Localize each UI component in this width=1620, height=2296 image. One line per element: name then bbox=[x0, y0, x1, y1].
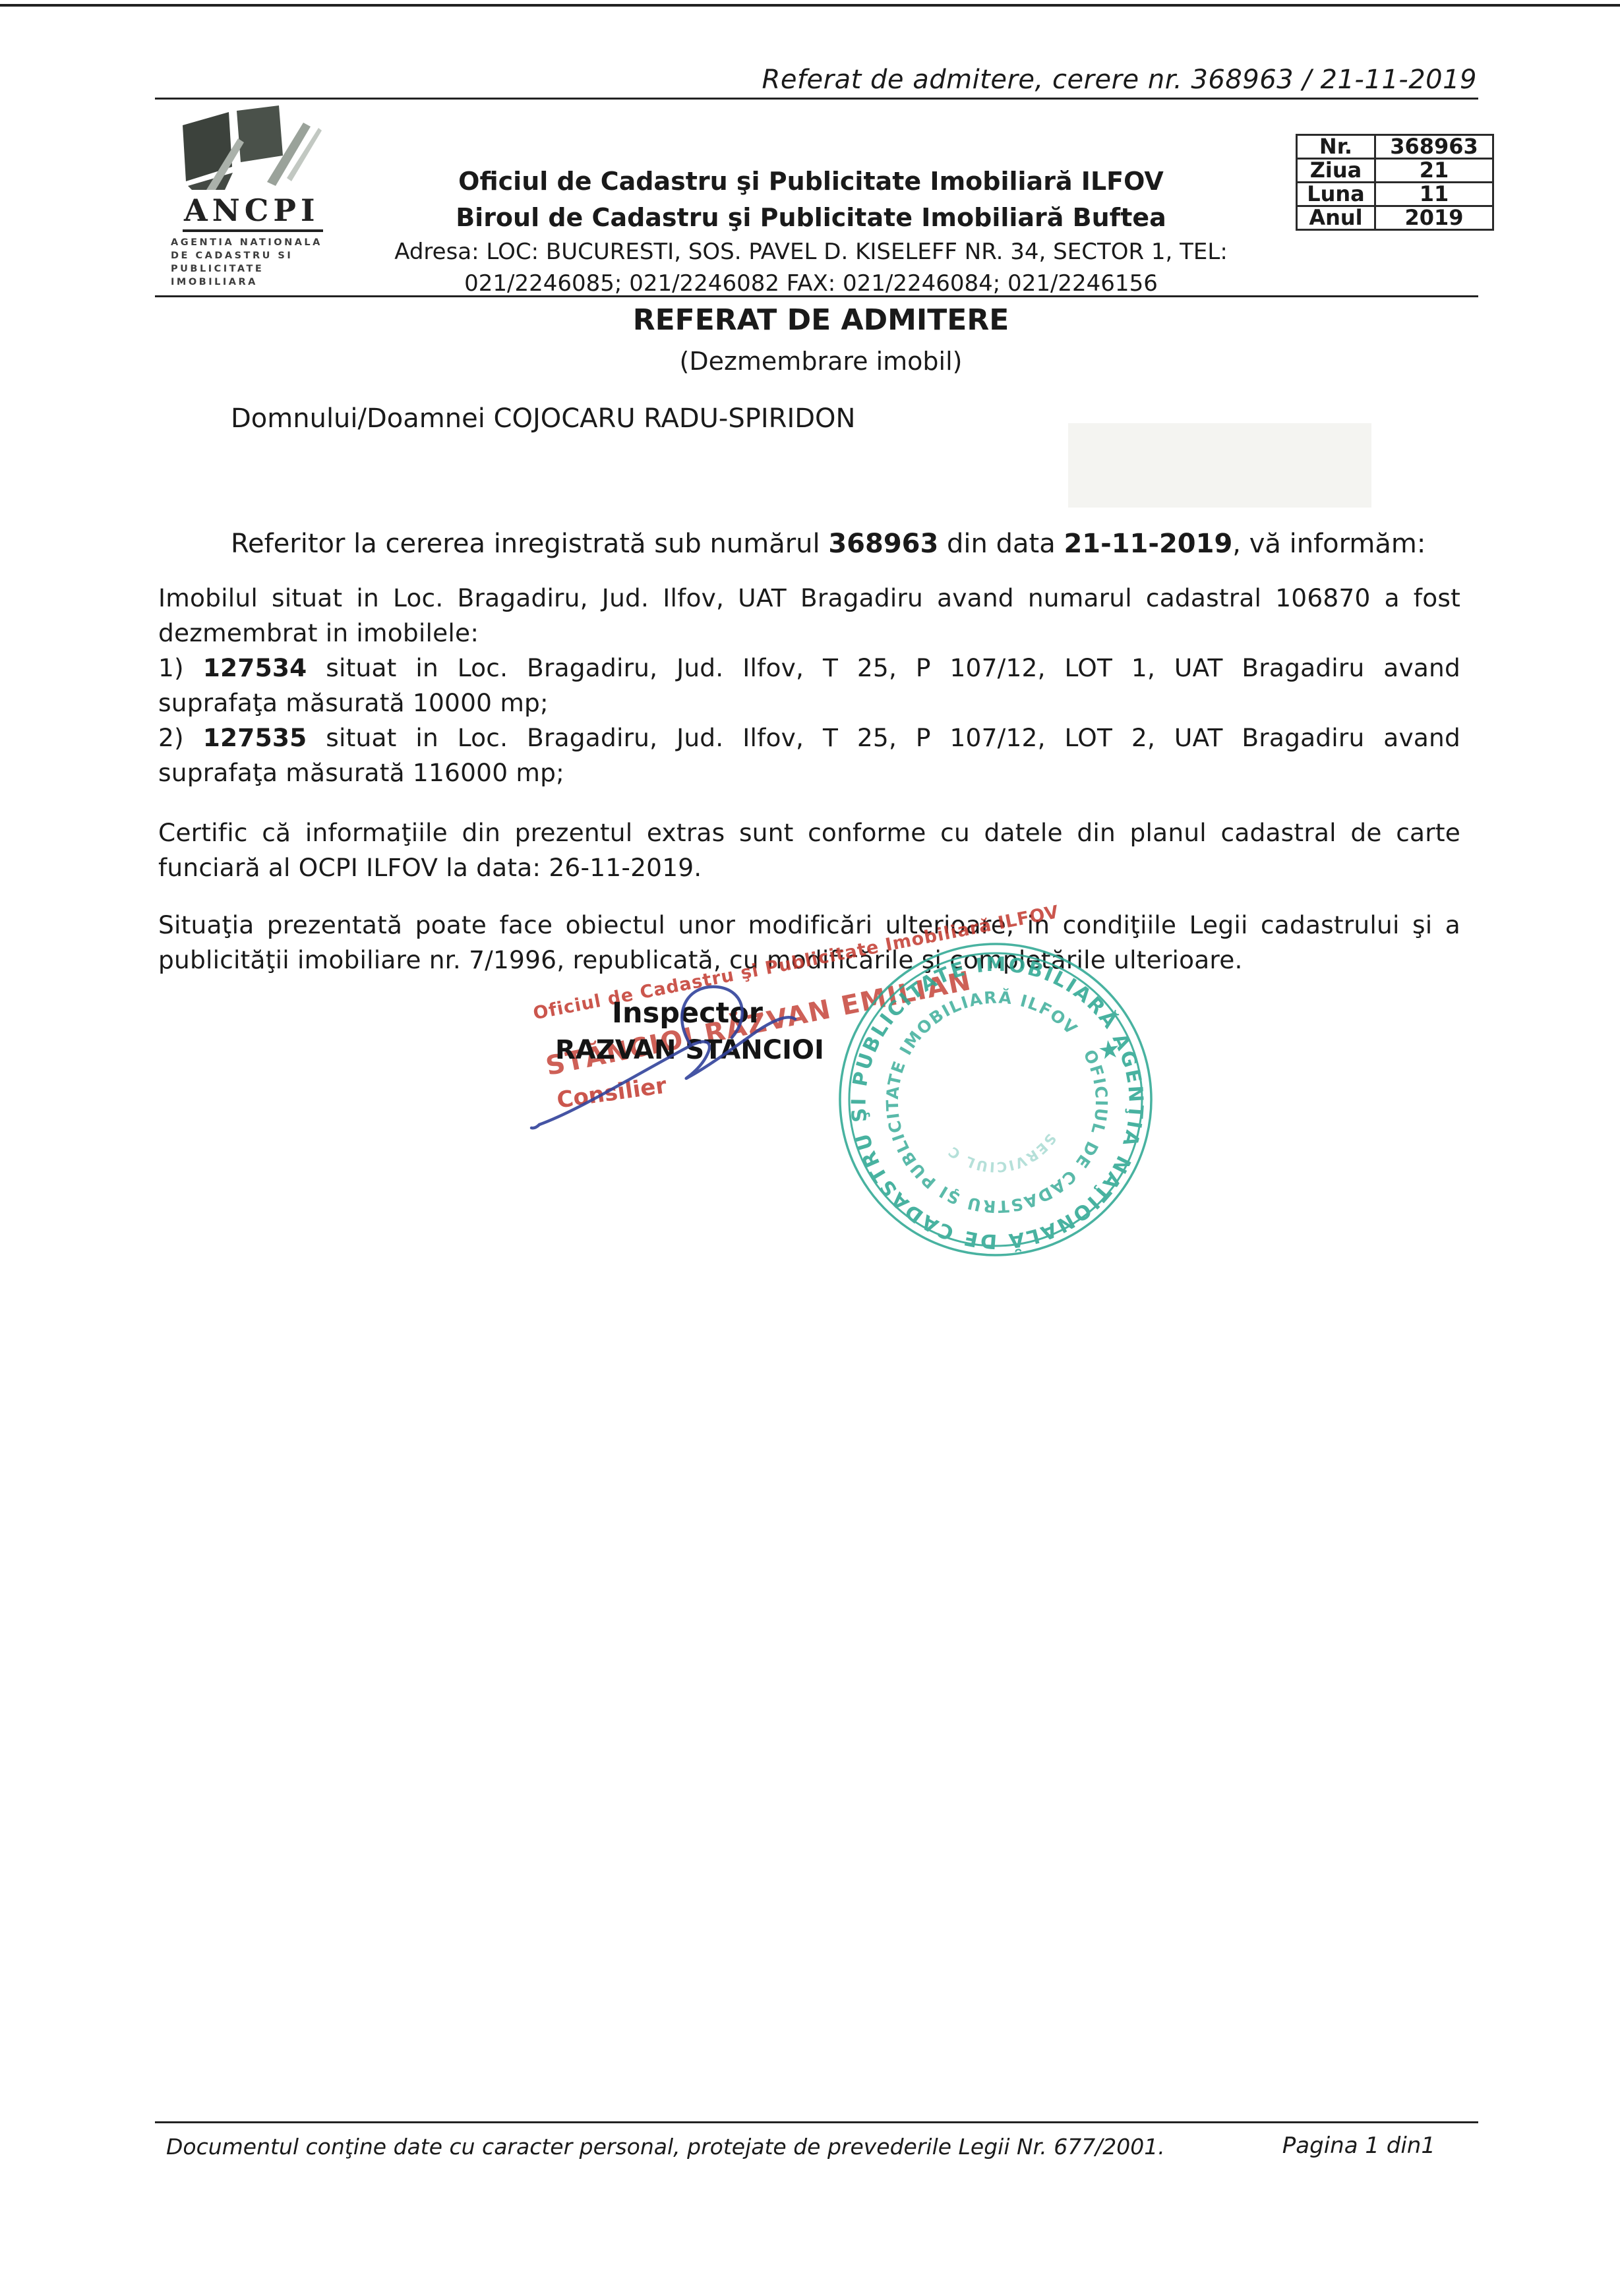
reg-value-nr: 368963 bbox=[1375, 135, 1493, 159]
lot2-description: situat in Loc. Bragadiru, Jud. Ilfov, T … bbox=[307, 723, 1460, 752]
lot1-index: 1) bbox=[158, 653, 203, 682]
lot1-description: situat in Loc. Bragadiru, Jud. Ilfov, T … bbox=[307, 653, 1460, 682]
logo-subline-2: DE CADASTRU SI bbox=[171, 249, 353, 262]
scan-top-edge-line bbox=[0, 4, 1620, 7]
page-title: REFERAT DE ADMITERE bbox=[343, 303, 1299, 337]
registration-table: Nr. 368963 Ziua 21 Luna 11 Anul 2019 bbox=[1296, 134, 1494, 231]
office-address-line2: 021/2246085; 021/2246082 FAX: 021/224608… bbox=[343, 268, 1279, 299]
round-stamp: AGENŢIA NAŢIONALĂ DE CADASTRU ŞI PUBLICI… bbox=[810, 914, 1182, 1286]
reg-label-ziua: Ziua bbox=[1297, 159, 1375, 183]
paragraph-immobile-line2: dezmembrat in imobilele: bbox=[158, 618, 1460, 649]
table-row: Anul 2019 bbox=[1297, 206, 1493, 230]
reg-value-anul: 2019 bbox=[1375, 206, 1493, 230]
lot2-line1: 2) 127535 situat in Loc. Bragadiru, Jud.… bbox=[158, 722, 1460, 753]
intro-request-date: 21-11-2019 bbox=[1064, 529, 1232, 559]
reg-value-luna: 11 bbox=[1375, 183, 1493, 206]
ancpi-logo: ANCPI AGENTIA NATIONALA DE CADASTRU SI P… bbox=[168, 104, 353, 289]
reg-label-nr: Nr. bbox=[1297, 135, 1375, 159]
lot2-index: 2) bbox=[158, 723, 203, 752]
scan-artifact bbox=[1068, 423, 1371, 508]
intro-line: Referitor la cererea inregistrată sub nu… bbox=[231, 529, 1425, 559]
intro-text-2: din data bbox=[938, 529, 1064, 559]
addressee-line: Domnului/Doamnei COJOCARU RADU-SPIRIDON bbox=[231, 403, 855, 434]
logo-acronym: ANCPI bbox=[183, 192, 323, 232]
footer-privacy-note: Documentul conţine date cu caracter pers… bbox=[166, 2134, 1165, 2160]
paragraph-immobile-line1: Imobilul situat in Loc. Bragadiru, Jud. … bbox=[158, 583, 1460, 614]
office-header: Oficiul de Cadastru şi Publicitate Imobi… bbox=[343, 163, 1279, 299]
reg-label-luna: Luna bbox=[1297, 183, 1375, 206]
header-top-rule bbox=[155, 98, 1478, 100]
lot2-line2: suprafaţa măsurată 116000 mp; bbox=[158, 757, 1460, 788]
round-stamp-outer-text: AGENŢIA NAŢIONALĂ DE CADASTRU ŞI PUBLICI… bbox=[828, 933, 1167, 1273]
intro-text-1: Referitor la cererea inregistrată sub nu… bbox=[231, 529, 828, 559]
logo-flag-icon bbox=[168, 104, 333, 190]
office-address-line1: Adresa: LOC: BUCURESTI, SOS. PAVEL D. KI… bbox=[343, 236, 1279, 268]
lot1-line2: suprafaţa măsurată 10000 mp; bbox=[158, 688, 1460, 719]
table-row: Ziua 21 bbox=[1297, 159, 1493, 183]
page-number: Pagina 1 din1 bbox=[1282, 2133, 1435, 2159]
footer-rule bbox=[155, 2121, 1478, 2123]
reference-line: Referat de admitere, cerere nr. 368963 /… bbox=[762, 65, 1477, 95]
table-row: Nr. 368963 bbox=[1297, 135, 1493, 159]
reg-value-ziua: 21 bbox=[1375, 159, 1493, 183]
bureau-name: Biroul de Cadastru şi Publicitate Imobil… bbox=[343, 200, 1279, 236]
certify-line1: Certific că informaţiile din prezentul e… bbox=[158, 817, 1460, 848]
logo-subline-3: PUBLICITATE IMOBILIARA bbox=[171, 262, 353, 289]
page-subtitle: (Dezmembrare imobil) bbox=[343, 347, 1299, 376]
document-page: Referat de admitere, cerere nr. 368963 /… bbox=[0, 0, 1620, 2296]
lot2-cadastral-number: 127535 bbox=[203, 723, 307, 752]
intro-request-number: 368963 bbox=[828, 529, 938, 559]
star-icon: ★ bbox=[1096, 1034, 1122, 1065]
reg-label-anul: Anul bbox=[1297, 206, 1375, 230]
logo-subline-1: AGENTIA NATIONALA bbox=[171, 236, 353, 249]
lot1-cadastral-number: 127534 bbox=[203, 653, 307, 682]
lot1-line1: 1) 127534 situat in Loc. Bragadiru, Jud.… bbox=[158, 653, 1460, 684]
table-row: Luna 11 bbox=[1297, 183, 1493, 206]
intro-text-3: , vă informăm: bbox=[1232, 529, 1425, 559]
office-name: Oficiul de Cadastru şi Publicitate Imobi… bbox=[343, 163, 1279, 200]
header-bottom-rule bbox=[155, 295, 1478, 297]
certify-line2: funciară al OCPI ILFOV la data: 26-11-20… bbox=[158, 852, 1460, 883]
